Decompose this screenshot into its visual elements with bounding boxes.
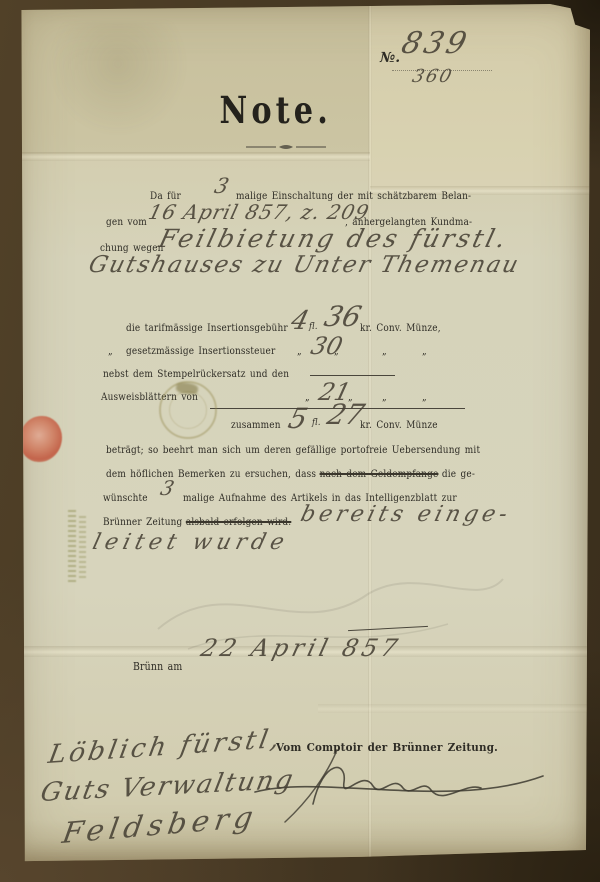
text: wünschte [103, 492, 148, 504]
body-line1: beträgt; so beehrt man sich um deren gef… [106, 444, 480, 456]
dateline-label: Brünn am [133, 660, 182, 673]
red-wax-seal [20, 416, 62, 462]
document-title: Note. [206, 88, 345, 132]
fee-row2-label: gesetzmässige Insertionssteuer [126, 345, 275, 357]
body-line2-pre: dem höflichen Bemerken zu ersuchen, dass [106, 468, 316, 480]
text: fl. [312, 417, 321, 428]
fold-vertical [368, 4, 372, 862]
body-line4-hand: bereits einge- [298, 502, 514, 527]
photo-backdrop: №. 839 360 Note. Da für 3 malige Einscha… [0, 0, 600, 882]
intro-line2-hand-date: 16 April 857, z. 209 [146, 200, 372, 224]
fee-row2-ditto1: „ [334, 345, 339, 357]
text: „ [422, 391, 427, 403]
green-archive-stamp [68, 510, 76, 582]
body-line3-pre: wünschte [103, 492, 148, 504]
text: nebst dem Stempelrückersatz und den [103, 368, 289, 380]
text: „ [297, 345, 302, 357]
addressee-line1: Löblich fürstl, [46, 724, 285, 770]
text: gen vom [106, 216, 147, 228]
text: „ [382, 391, 387, 403]
fee-row1-fl-unit: fl. [309, 321, 318, 332]
intro-line3-hand: Feilbietung des fürstl. [156, 224, 512, 253]
intro-line1-hand-count: 3 [212, 174, 231, 198]
text: die tarifmässige Insertionsgebühr [126, 322, 288, 334]
title-divider-ornament [246, 142, 326, 152]
number-label: №. [380, 50, 400, 66]
fee-total-gulden: 5 [285, 402, 311, 435]
number-value: 839 [398, 26, 473, 61]
fee-row2-lead-ditto: „ [108, 345, 113, 357]
photo-vignette [18, 4, 590, 862]
fee-row3-label: nebst dem Stempelrückersatz und den [103, 368, 289, 380]
body-line4-struck: alsbald erfolgen wird. [186, 516, 291, 528]
fee-row1-kreuzer: 36 [321, 300, 365, 333]
text: zusammen [231, 419, 281, 431]
ink-bleedthrough [43, 22, 193, 142]
text: fl. [309, 321, 318, 332]
body-line2-post: die ge- [442, 468, 475, 480]
number-sub-value: 360 [410, 66, 456, 87]
fee-row2-ditto0: „ [297, 345, 302, 357]
signature-flourish [251, 748, 551, 826]
text: kr. Conv. Münze, [360, 322, 441, 334]
fee-row2-ditto2: „ [382, 345, 387, 357]
fee-total-kr-unit: kr. Conv. Münze [360, 419, 438, 431]
fee-row2-ditto3: „ [422, 345, 427, 357]
crease-lower-right [318, 704, 590, 713]
fee-row3-blank-rule [310, 375, 395, 376]
text: Brünn am [133, 660, 182, 673]
dateline-hand: 22 April 857 [198, 634, 404, 662]
fee-row4-ditto3: „ [422, 391, 427, 403]
green-archive-stamp-column2 [79, 516, 86, 578]
body-line2-struck: nach dem Geldempfange [320, 468, 439, 480]
fee-row1-kr-unit: kr. Conv. Münze, [360, 322, 441, 334]
text: „ [382, 345, 387, 357]
intro-line2-pre: gen vom [106, 216, 147, 228]
intro-line4-hand: Gutshauses zu Unter Themenau [86, 252, 523, 278]
addressee-line3: Feldsberg [60, 799, 260, 850]
fee-total-label: zusammen [231, 419, 281, 431]
body-line2: dem höflichen Bemerken zu ersuchen, dass… [106, 468, 475, 480]
tone-top-right [370, 4, 590, 189]
text: „ [422, 345, 427, 357]
fee-row4-ditto2: „ [382, 391, 387, 403]
text: „ [108, 345, 113, 357]
body-line4-pre: Brünner Zeitung [103, 516, 182, 528]
text: beträgt; so beehrt man sich um deren gef… [106, 444, 480, 456]
document-paper: №. 839 360 Note. Da für 3 malige Einscha… [18, 4, 590, 862]
fee-row1-label: die tarifmässige Insertionsgebühr [126, 322, 288, 334]
text: gesetzmässige Insertionssteuer [126, 345, 275, 357]
text: „ [334, 345, 339, 357]
fee-total-fl-unit: fl. [312, 417, 321, 428]
crease-top-left [18, 152, 370, 161]
body-line4: Brünner Zeitungalsbald erfolgen wird. [103, 516, 291, 528]
text: kr. Conv. Münze [360, 419, 438, 431]
fee-row2-amount: 30 [308, 332, 346, 360]
